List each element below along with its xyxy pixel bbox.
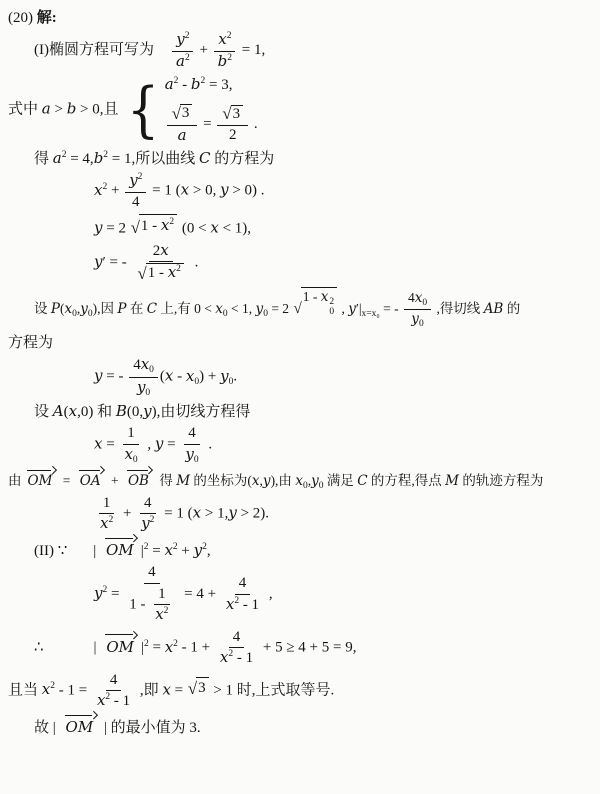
denominator: y0 <box>407 310 427 330</box>
text-run: 4 <box>148 564 156 580</box>
scripted-symbol: x2 <box>168 265 181 281</box>
numerator: 4 <box>184 425 200 444</box>
scripted-symbol: |x=x₀ <box>359 301 380 316</box>
text-run: 的方程,得点 <box>368 473 446 488</box>
fraction: 1x0 <box>120 425 141 465</box>
fraction: 4x2 - 1 <box>93 672 134 711</box>
scripted-symbol: x0 <box>295 473 307 488</box>
superscript: 2 <box>227 53 232 63</box>
solution-line-19: 故 | OM | 的最小值为 3. <box>6 713 594 738</box>
fraction: √32 <box>217 105 248 145</box>
text-run: . <box>250 116 258 132</box>
subscript: x=x₀ <box>362 309 380 319</box>
text-run: 1 - <box>141 218 161 234</box>
left-brace-icon: { <box>126 81 158 139</box>
spacer <box>154 53 170 54</box>
solution-line-2: (I)椭圆方程可写为y2a2 + x2b2 = 1, <box>6 30 594 72</box>
equation-system: {a2 - b2 = 3,√3a = √32 . <box>124 74 258 146</box>
scripted-symbol: y2 <box>129 173 142 189</box>
text-run: 的 <box>503 301 520 316</box>
text-run: ,得切线 <box>433 301 484 316</box>
square-root: √1 - x2 <box>137 263 183 282</box>
text-run: + <box>196 42 212 58</box>
scripted-symbol: b2 <box>218 54 232 70</box>
solution-line-12: x = 1x0 , y = 4y0 . <box>6 424 594 466</box>
scripted-symbol: y0 <box>137 380 150 396</box>
text-run: , <box>144 437 155 453</box>
numerator: y2 <box>172 31 193 51</box>
math-variable: x <box>193 503 201 521</box>
text-run: = <box>148 543 164 559</box>
fraction: 4x0y0 <box>404 290 431 330</box>
math-variable: y <box>228 503 236 521</box>
radicand: 1 - x2 <box>146 263 184 282</box>
script-base: a <box>165 75 174 93</box>
vector-letters: OB <box>128 473 149 489</box>
numerator: x2 <box>214 31 235 51</box>
numerator: 4 <box>140 495 156 514</box>
scripted-symbol: a2 <box>165 77 179 93</box>
solution-line-8: 设 P(x0,y0),因 P 在 C 上,有 0 < x0 < 1, y0 = … <box>6 287 594 331</box>
denominator: x0 <box>120 445 141 466</box>
math-variable: M <box>445 473 459 489</box>
text-run: = 1 ( <box>160 505 192 521</box>
scripted-symbol: x0 <box>141 357 154 373</box>
scripted-symbol: x0 <box>124 447 137 463</box>
numerator: 1 <box>154 586 170 605</box>
text-run: > 0) . <box>229 183 265 199</box>
scripted-symbol: y2 <box>176 32 189 48</box>
solution-line-3: 式中 a > b > 0,且{a2 - b2 = 3,√3a = √32 . <box>6 74 594 146</box>
scripted-symbol: a2 <box>176 54 190 70</box>
text-run: = 1,所以曲线 <box>108 151 199 167</box>
scripted-symbol: x2 <box>161 218 174 234</box>
text-run: ),由 <box>271 473 296 488</box>
denominator: 1 - 1x2 <box>125 584 178 626</box>
scripted-symbol: x2 <box>42 682 55 698</box>
math-variable: P <box>51 301 60 317</box>
text-run: 的方程为 <box>211 151 275 167</box>
script-base: y <box>220 367 228 385</box>
text-run: - <box>173 369 186 385</box>
radicand: 3 <box>180 104 193 122</box>
math-variable: C <box>357 473 367 489</box>
scripted-symbol: x0 <box>186 369 199 385</box>
numerator: 1 <box>123 425 139 444</box>
denominator: √1 - x2 <box>132 262 188 284</box>
text-run: 3 <box>182 105 190 121</box>
fraction: y24 <box>125 172 146 211</box>
numerator: 1 <box>99 495 115 514</box>
scripted-symbol: |2 <box>141 640 149 656</box>
text-run: 设 <box>34 301 51 316</box>
scripted-symbol: x2 <box>100 516 113 532</box>
text-run: > 1 时,上式取等号. <box>210 682 335 698</box>
text-run: , <box>338 301 348 316</box>
scripted-symbol: x2 <box>218 32 231 48</box>
solution-line-4: 得 a2 = 4,b2 = 1,所以曲线 C 的方程为 <box>6 148 594 169</box>
text-run: = 4 + <box>180 586 219 602</box>
text-run: = 1 ( <box>148 183 180 199</box>
fraction: y2a2 <box>172 31 194 71</box>
text-run: 上,有 0 < <box>157 301 215 316</box>
script-base: x <box>321 289 329 305</box>
numerator: y2 <box>125 172 146 192</box>
script-base: y <box>176 30 184 48</box>
solution-line-1: (20) 解: <box>6 8 594 28</box>
text-run: 在 <box>126 301 146 316</box>
text-run: - 1 + <box>178 640 214 656</box>
text-run: 式中 <box>8 101 42 117</box>
text-run: , <box>265 586 273 602</box>
text-run: = <box>107 586 123 602</box>
solution-line-11: 设 A(x,0) 和 B(0,y),由切线方程得 <box>6 401 594 422</box>
text-run: = - <box>102 369 127 385</box>
text-run: (20) <box>8 10 37 26</box>
text-run: 设 <box>34 404 53 420</box>
text-run: < 1, <box>228 301 256 316</box>
subscript: 0 <box>194 455 199 465</box>
text-run: 1 <box>127 425 135 441</box>
text-run: + <box>119 505 135 521</box>
text-run: = 4, <box>66 151 93 167</box>
text-run: = <box>199 116 215 132</box>
numerator: 4x0 <box>129 356 158 378</box>
numerator: √3 <box>167 104 198 126</box>
vector-letters: OM <box>106 541 134 559</box>
text-run: (II) ∵ <box>34 543 67 559</box>
solution-line-6: y = 2 √1 - x2 (0 < x < 1), <box>6 214 594 239</box>
subscript: 0 <box>145 388 150 398</box>
bold-text: 解: <box>37 10 57 26</box>
radicand: 3 <box>231 105 244 123</box>
math-variable: y <box>143 402 151 420</box>
math-variable: x <box>160 241 168 259</box>
text-run: | <box>94 640 101 656</box>
square-root: √1 - x2 <box>131 214 177 236</box>
text-run: . <box>233 369 237 385</box>
text-run: > 1, <box>201 505 228 521</box>
vector-om: OM <box>25 468 57 490</box>
text-run: ),由切线方程得 <box>152 404 251 420</box>
script-base: y <box>194 541 202 559</box>
script-base: y <box>185 445 193 463</box>
script-base: x <box>164 541 172 559</box>
text-run: - 1 = <box>55 682 91 698</box>
text-run: ,0) 和 <box>77 404 116 420</box>
script-base: x <box>155 605 163 623</box>
script-base: x <box>165 638 173 656</box>
scripted-symbol: x0 <box>64 301 76 316</box>
text-run: 4 <box>239 575 247 591</box>
text-run: = <box>149 640 165 656</box>
text-run: - 1 <box>239 597 259 613</box>
scripted-symbol: y0 <box>185 447 198 463</box>
text-run: | <box>93 543 100 559</box>
denominator: x2 - 1 <box>93 691 134 710</box>
text-run: . <box>191 254 199 270</box>
fraction: 4y2 <box>137 495 158 534</box>
text-run: ,即 <box>136 682 162 698</box>
text-run: | 的最小值为 3. <box>100 720 201 736</box>
vector-om: OM <box>103 633 138 658</box>
math-variable: C <box>147 301 157 317</box>
solution-line-7: y′ = - 2x√1 - x2 . <box>6 241 594 285</box>
fraction: 2x√1 - x2 <box>132 242 188 284</box>
text-run: 满足 <box>323 473 357 488</box>
denominator: x2 <box>151 605 172 624</box>
text-run: , <box>207 543 211 559</box>
text-run: > 2). <box>237 505 269 521</box>
text-run: 且当 <box>8 682 42 698</box>
text-run: 1 - <box>129 596 149 612</box>
solution-line-5: x2 + y24 = 1 (x > 0, y > 0) . <box>6 171 594 212</box>
text-run: - 1 <box>233 650 253 666</box>
scripted-symbol: y0 <box>256 301 268 316</box>
math-variable: y <box>220 181 228 199</box>
scripted-symbol: y2 <box>194 543 207 559</box>
math-variable: a <box>178 126 187 144</box>
subscript: 0 <box>149 365 154 375</box>
fraction: 41 - 1x2 <box>125 564 178 625</box>
text-run: 4 <box>132 194 140 210</box>
text-run: = <box>171 682 187 698</box>
text-run: 3 <box>198 680 206 696</box>
text-run: 2 <box>229 127 237 143</box>
scripted-symbol: y2 <box>94 586 107 602</box>
scripted-symbol: y0 <box>220 369 233 385</box>
document-page: (20) 解:(I)椭圆方程可写为y2a2 + x2b2 = 1,式中 a > … <box>0 0 600 794</box>
denominator: a2 <box>172 52 194 71</box>
math-variable: AB <box>484 301 504 317</box>
text-run: > <box>51 101 67 117</box>
vector-oa: OA <box>77 468 105 490</box>
scripted-symbol: x2 <box>155 607 168 623</box>
text-run: 4 <box>188 425 196 441</box>
math-variable: y <box>263 473 271 489</box>
vector-letters: OM <box>28 473 53 489</box>
text-run: 由 <box>8 473 22 488</box>
solution-line-13: 由OM = OA + OB 得 M 的坐标为(x,y),由 x0,y0 满足 C… <box>6 468 594 492</box>
vector-ob: OB <box>125 468 153 490</box>
text-run: > 0, <box>189 183 220 199</box>
script-base: a <box>176 52 185 70</box>
numerator: √3 <box>217 105 248 127</box>
scripted-symbol: x2 <box>220 650 233 666</box>
subscript: 0 <box>133 455 138 465</box>
spacer <box>44 651 94 652</box>
text-run: 的坐标为( <box>190 473 252 488</box>
superscript: 2 <box>176 264 181 274</box>
fraction: 4x2 - 1 <box>216 629 257 668</box>
square-root: √1 - x20 <box>293 287 337 318</box>
text-run: 4 <box>133 357 141 373</box>
text-run: = <box>59 473 73 488</box>
spacer <box>67 554 93 555</box>
square-root: √3 <box>188 677 209 698</box>
text-run: < 1), <box>219 221 251 237</box>
system-row: √3a = √32 . <box>165 103 258 146</box>
scripted-symbol: x2 <box>226 597 239 613</box>
square-root: √3 <box>222 105 243 123</box>
scripted-symbol: x2 <box>97 693 110 709</box>
radicand: 3 <box>196 677 209 698</box>
scripted-symbol: b2 <box>94 151 108 167</box>
math-variable: M <box>176 473 190 489</box>
denominator: 2 <box>225 126 241 144</box>
system-rows: a2 - b2 = 3,√3a = √32 . <box>165 74 258 146</box>
denominator: x2 - 1 <box>222 595 263 614</box>
scripted-symbol: x2 <box>165 640 178 656</box>
radicand: 1 - x2 <box>139 214 177 236</box>
scripted-symbol: y0 <box>411 311 423 326</box>
text-run: . <box>205 437 213 453</box>
scripted-symbol: x20 <box>321 289 334 304</box>
math-variable: y <box>348 301 356 317</box>
numerator: 4 <box>106 672 122 691</box>
text-run: 方程为 <box>8 335 53 351</box>
fraction: 4x2 - 1 <box>222 575 263 614</box>
numerator: 4 <box>229 629 245 648</box>
scripted-symbol: y0 <box>311 473 323 488</box>
math-variable: A <box>53 402 64 420</box>
system-row: a2 - b2 = 3, <box>165 74 258 95</box>
scripted-symbol: x0 <box>215 301 227 316</box>
scripted-symbol: x2 <box>94 183 107 199</box>
numerator: 2x <box>149 242 173 262</box>
sup-sub-stack: 20 <box>329 298 334 318</box>
script-base: b <box>94 149 104 167</box>
subscript: 0 <box>329 308 334 318</box>
text-run: 3 <box>233 106 241 122</box>
math-variable: b <box>67 99 77 117</box>
text-run: = <box>163 437 179 453</box>
script-base: y <box>311 473 319 489</box>
denominator: x2 <box>96 514 117 533</box>
scripted-symbol: y0 <box>80 301 92 316</box>
text-run: 得 <box>34 151 53 167</box>
text-run: ∴ <box>34 640 44 656</box>
fraction: 4y0 <box>181 425 202 465</box>
script-base: x <box>124 445 132 463</box>
math-variable: x <box>252 473 260 489</box>
solution-line-17: ∴| OM|2 = x2 - 1 + 4x2 - 1 + 5 ≥ 4 + 5 =… <box>6 628 594 669</box>
text-run: 1 <box>103 495 111 511</box>
text-run: 的轨迹方程为 <box>459 473 543 488</box>
text-run: ),因 <box>93 301 118 316</box>
numerator: 4 <box>144 564 160 583</box>
math-variable: x <box>210 219 218 237</box>
subscript: 0 <box>419 319 424 329</box>
text-run: + 5 ≥ 4 + 5 = 9, <box>259 640 356 656</box>
script-base: y <box>80 301 88 317</box>
text-run: - 1 <box>110 693 130 709</box>
solution-line-16: y2 = 41 - 1x2 = 4 + 4x2 - 1 , <box>6 563 594 626</box>
text-run: 4 <box>144 495 152 511</box>
script-base: y <box>141 514 149 532</box>
script-base: y <box>411 311 419 327</box>
vector-letters: OM <box>66 718 94 736</box>
denominator: x2 - 1 <box>216 648 257 667</box>
superscript: 2 <box>150 515 155 525</box>
math-variable: x <box>69 402 77 420</box>
fraction: 1x2 <box>96 495 117 534</box>
text-run: + <box>108 473 122 488</box>
text-run: + <box>107 183 123 199</box>
text-run: 得 <box>156 473 176 488</box>
script-base: x <box>141 355 149 373</box>
numerator: 4x0 <box>404 290 431 311</box>
text-run: 4 <box>408 290 415 305</box>
text-run: = 2 <box>268 301 293 316</box>
text-run: 1 - <box>303 289 321 304</box>
numerator: 4 <box>235 575 251 594</box>
document-body: { "page":{"background":"#fbfbfa","ink":"… <box>0 0 600 794</box>
scripted-symbol: b2 <box>191 77 205 93</box>
solution-line-14: 1x2 + 4y2 = 1 (x > 1,y > 2). <box>6 494 594 535</box>
vector-om: OM <box>63 713 98 738</box>
text-run: (0 < <box>178 221 210 237</box>
scripted-symbol: x0 <box>415 290 427 305</box>
solution-line-18: 且当 x2 - 1 = 4x2 - 1 ,即 x = √3 > 1 时,上式取等… <box>6 671 594 712</box>
math-variable: C <box>199 149 210 167</box>
vector-om: OM <box>103 536 138 561</box>
text-run: 1 <box>158 586 166 602</box>
radicand: 1 - x20 <box>301 287 337 318</box>
denominator: a <box>174 126 191 145</box>
text-run: 4 <box>233 629 241 645</box>
text-run: 4 <box>110 672 118 688</box>
scripted-symbol: y2 <box>141 516 154 532</box>
fraction: √3a <box>167 104 198 145</box>
denominator: b2 <box>214 52 236 71</box>
fraction: x2b2 <box>214 31 236 71</box>
superscript: 2 <box>108 515 113 525</box>
script-base: x <box>218 30 226 48</box>
superscript: 2 <box>138 172 143 182</box>
script-base: x <box>42 680 50 698</box>
math-variable: B <box>116 402 127 420</box>
denominator: y0 <box>181 445 202 466</box>
script-base: a <box>53 149 62 167</box>
text-run: - <box>178 77 191 93</box>
text-run: > 0,且 <box>76 101 118 117</box>
math-variable: a <box>42 99 51 117</box>
text-run: = 2 <box>102 221 129 237</box>
fraction: 4x0y0 <box>129 356 158 398</box>
vector-letters: OM <box>106 638 134 656</box>
script-base: x <box>64 301 72 317</box>
superscript: 2 <box>169 217 174 227</box>
solution-line-9: 方程为 <box>6 333 594 353</box>
superscript: 2 <box>227 31 232 41</box>
script-base: b <box>218 52 228 70</box>
solution-line-15: (II) ∵| OM|2 = x2 + y2, <box>6 536 594 561</box>
superscript: 2 <box>185 53 190 63</box>
text-run: (I)椭圆方程可写为 <box>34 42 154 58</box>
text-run: (0, <box>127 404 143 420</box>
superscript: 2 <box>185 31 190 41</box>
scripted-symbol: a2 <box>53 151 67 167</box>
text-run: ) + <box>199 369 220 385</box>
text-run: = <box>102 437 118 453</box>
square-root: √3 <box>172 104 193 122</box>
script-base: x <box>215 301 223 317</box>
fraction: 1x2 <box>151 586 172 625</box>
script-base: x <box>168 263 176 281</box>
denominator: 4 <box>128 193 144 211</box>
math-variable: x <box>162 680 170 698</box>
